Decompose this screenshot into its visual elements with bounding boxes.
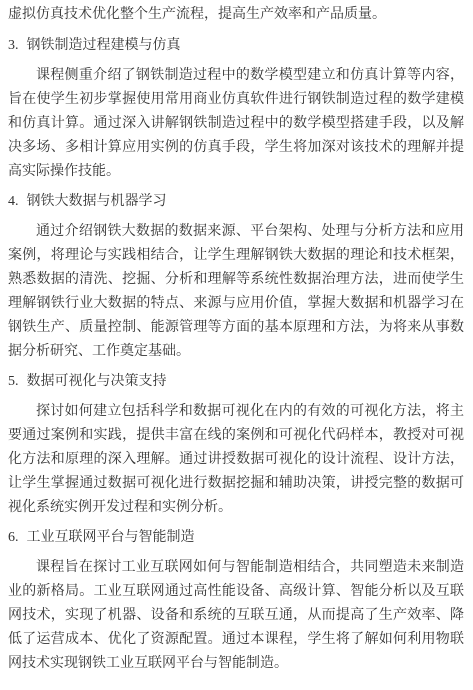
section-title: 钢铁制造过程建模与仿真	[27, 38, 181, 53]
section-heading: 5.数据可视化与决策支持	[8, 370, 464, 394]
section-body: 课程侧重介绍了钢铁制造过程中的数学模型建立和仿真计算等内容，旨在使学生初步掌握使…	[8, 64, 464, 184]
section-title: 钢铁大数据与机器学习	[27, 194, 167, 209]
section-heading: 3.钢铁制造过程建模与仿真	[8, 34, 464, 58]
continuation-paragraph: 虚拟仿真技术优化整个生产流程，提高生产效率和产品质量。	[8, 3, 464, 27]
section-body: 通过介绍钢铁大数据的数据来源、平台架构、处理与分析方法和应用案例，将理论与实践相…	[8, 220, 464, 364]
section-3-modeling-simulation: 3.钢铁制造过程建模与仿真 课程侧重介绍了钢铁制造过程中的数学模型建立和仿真计算…	[8, 34, 464, 184]
section-title: 工业互联网平台与智能制造	[27, 530, 195, 545]
section-number: 4.	[8, 190, 19, 214]
section-number: 6.	[8, 526, 19, 550]
section-heading: 4.钢铁大数据与机器学习	[8, 190, 464, 214]
document-page: 虚拟仿真技术优化整个生产流程，提高生产效率和产品质量。 3.钢铁制造过程建模与仿…	[0, 0, 473, 690]
section-5-data-visualization: 5.数据可视化与决策支持 探讨如何建立包括科学和数据可视化在内的有效的可视化方法…	[8, 370, 464, 520]
section-6-industrial-internet: 6.工业互联网平台与智能制造 课程旨在探讨工业互联网如何与智能制造相结合，共同塑…	[8, 526, 464, 676]
section-body: 课程旨在探讨工业互联网如何与智能制造相结合，共同塑造未来制造业的新格局。工业互联…	[8, 556, 464, 676]
section-number: 3.	[8, 34, 19, 58]
section-4-big-data-machine-learning: 4.钢铁大数据与机器学习 通过介绍钢铁大数据的数据来源、平台架构、处理与分析方法…	[8, 190, 464, 364]
section-heading: 6.工业互联网平台与智能制造	[8, 526, 464, 550]
section-title: 数据可视化与决策支持	[27, 374, 167, 389]
section-number: 5.	[8, 370, 19, 394]
section-body: 探讨如何建立包括科学和数据可视化在内的有效的可视化方法，将主要通过案例和实践，提…	[8, 400, 464, 520]
